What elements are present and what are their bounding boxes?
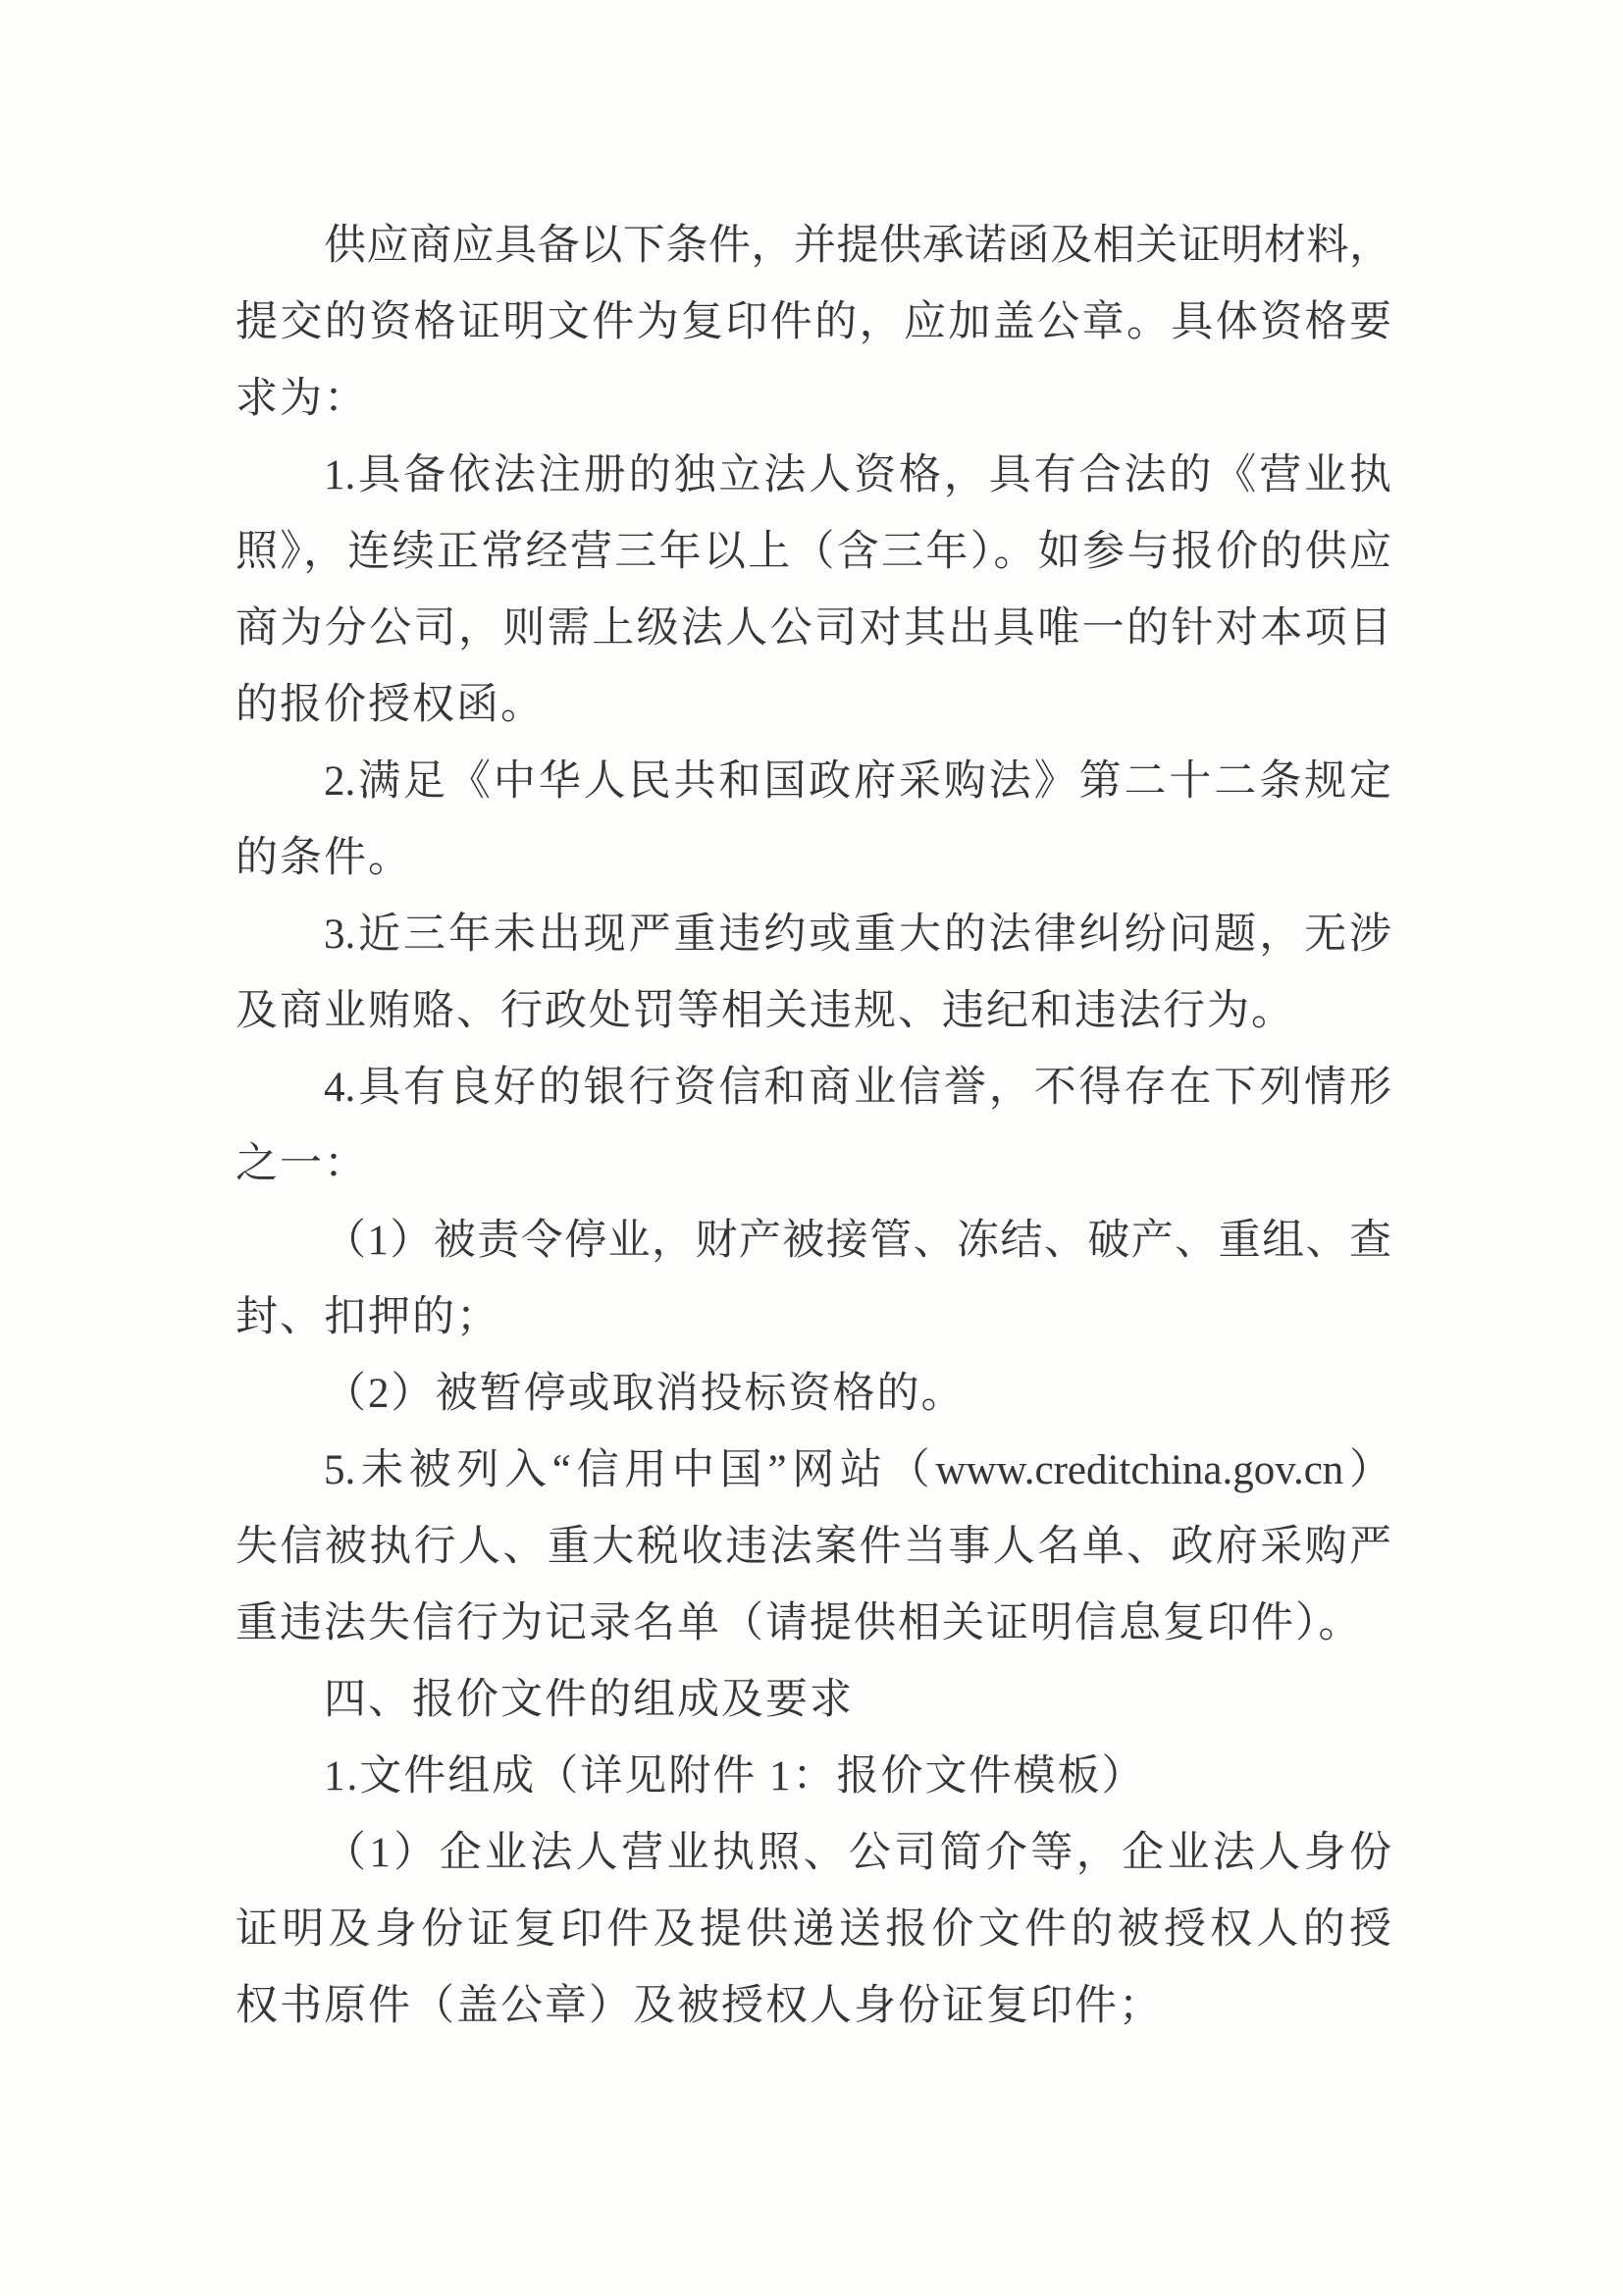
text-line: 照》，连续正常经营三年以上（含三年）。如参与报价的供应: [236, 514, 1391, 591]
text-line: 证明及身份证复印件及提供递送报价文件的被授权人的授: [236, 1892, 1391, 1968]
text-line: 5.未被列入“信用中国”网站（www.creditchina.gov.cn）: [236, 1433, 1391, 1509]
text-line: 封、扣押的；: [236, 1279, 1391, 1356]
text-line: 之一：: [236, 1126, 1391, 1203]
text-line: 的条件。: [236, 820, 1391, 897]
text-line: 1.文件组成（详见附件 1：报价文件模板）: [236, 1739, 1391, 1815]
document-body: 供应商应具备以下条件，并提供承诺函及相关证明材料， 提交的资格证明文件为复印件的…: [236, 208, 1391, 2045]
text-line: 3.近三年未出现严重违约或重大的法律纠纷问题，无涉: [236, 897, 1391, 973]
section-heading: 四、报价文件的组成及要求: [236, 1662, 1391, 1739]
text-line: （2）被暂停或取消投标资格的。: [236, 1356, 1391, 1433]
text-line: 及商业贿赂、行政处罚等相关违规、违纪和违法行为。: [236, 973, 1391, 1050]
text-line: （1）被责令停业，财产被接管、冻结、破产、重组、查: [236, 1203, 1391, 1279]
document-page: 供应商应具备以下条件，并提供承诺函及相关证明材料， 提交的资格证明文件为复印件的…: [0, 0, 1623, 2296]
text-line: 4.具有良好的银行资信和商业信誉，不得存在下列情形: [236, 1050, 1391, 1126]
text-line: 2.满足《中华人民共和国政府采购法》第二十二条规定: [236, 744, 1391, 820]
text-line: 的报价授权函。: [236, 667, 1391, 744]
text-line: （1）企业法人营业执照、公司简介等，企业法人身份: [236, 1815, 1391, 1892]
text-line: 失信被执行人、重大税收违法案件当事人名单、政府采购严: [236, 1509, 1391, 1586]
text-line: 1.具备依法注册的独立法人资格，具有合法的《营业执: [236, 438, 1391, 514]
text-line: 商为分公司，则需上级法人公司对其出具唯一的针对本项目: [236, 591, 1391, 667]
text-line: 求为：: [236, 361, 1391, 438]
text-line: 重违法失信行为记录名单（请提供相关证明信息复印件）。: [236, 1586, 1391, 1662]
text-line: 权书原件（盖公章）及被授权人身份证复印件；: [236, 1968, 1391, 2045]
text-line: 提交的资格证明文件为复印件的，应加盖公章。具体资格要: [236, 285, 1391, 361]
text-line: 供应商应具备以下条件，并提供承诺函及相关证明材料，: [236, 208, 1391, 285]
